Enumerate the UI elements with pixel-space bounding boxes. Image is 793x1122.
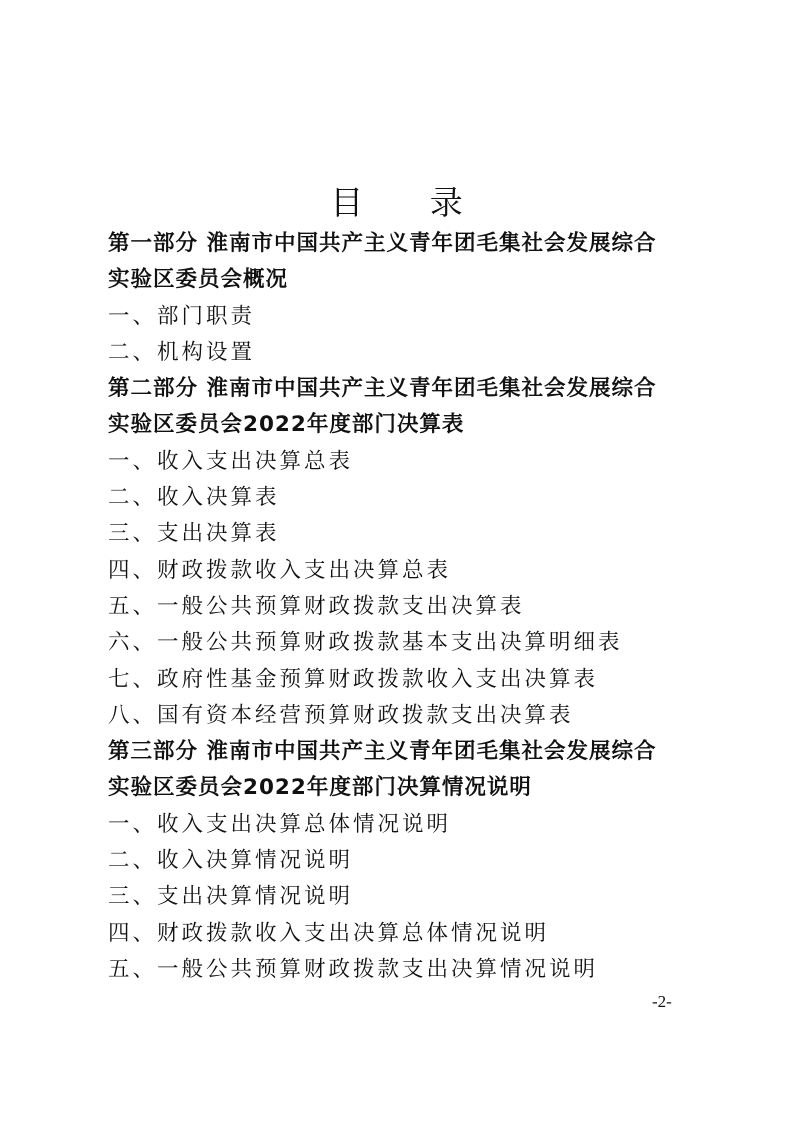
- toc-item: 二、收入决算情况说明: [108, 843, 708, 879]
- part-1-heading-line-1: 第一部分 淮南市中国共产主义青年团毛集社会发展综合: [108, 226, 708, 262]
- toc-item: 一、部门职责: [108, 299, 708, 335]
- part-1-heading-line-2: 实验区委员会概况: [108, 262, 708, 298]
- toc-item: 三、支出决算情况说明: [108, 879, 708, 915]
- toc-item: 七、政府性基金预算财政拨款收入支出决算表: [108, 662, 708, 698]
- toc-item: 八、国有资本经营预算财政拨款支出决算表: [108, 698, 708, 734]
- toc-item: 四、财政拨款收入支出决算总表: [108, 553, 708, 589]
- toc-item: 一、收入支出决算总表: [108, 444, 708, 480]
- toc-item: 五、一般公共预算财政拨款支出决算表: [108, 589, 708, 625]
- part-3-heading-line-1: 第三部分 淮南市中国共产主义青年团毛集社会发展综合: [108, 734, 708, 770]
- toc-item: 五、一般公共预算财政拨款支出决算情况说明: [108, 952, 708, 988]
- part-3-heading-line-2: 实验区委员会2022年度部门决算情况说明: [108, 770, 708, 806]
- page-number: -2-: [652, 992, 672, 1012]
- toc-item: 二、收入决算表: [108, 480, 708, 516]
- toc-item: 三、支出决算表: [108, 516, 708, 552]
- toc-item: 二、机构设置: [108, 335, 708, 371]
- part-2-heading-line-1: 第二部分 淮南市中国共产主义青年团毛集社会发展综合: [108, 371, 708, 407]
- toc-item: 一、收入支出决算总体情况说明: [108, 807, 708, 843]
- page-title: 目 录: [0, 183, 793, 223]
- toc-item: 四、财政拨款收入支出决算总体情况说明: [108, 916, 708, 952]
- part-2-heading-line-2: 实验区委员会2022年度部门决算表: [108, 407, 708, 443]
- toc-item: 六、一般公共预算财政拨款基本支出决算明细表: [108, 625, 708, 661]
- table-of-contents: 第一部分 淮南市中国共产主义青年团毛集社会发展综合 实验区委员会概况 一、部门职…: [108, 226, 708, 988]
